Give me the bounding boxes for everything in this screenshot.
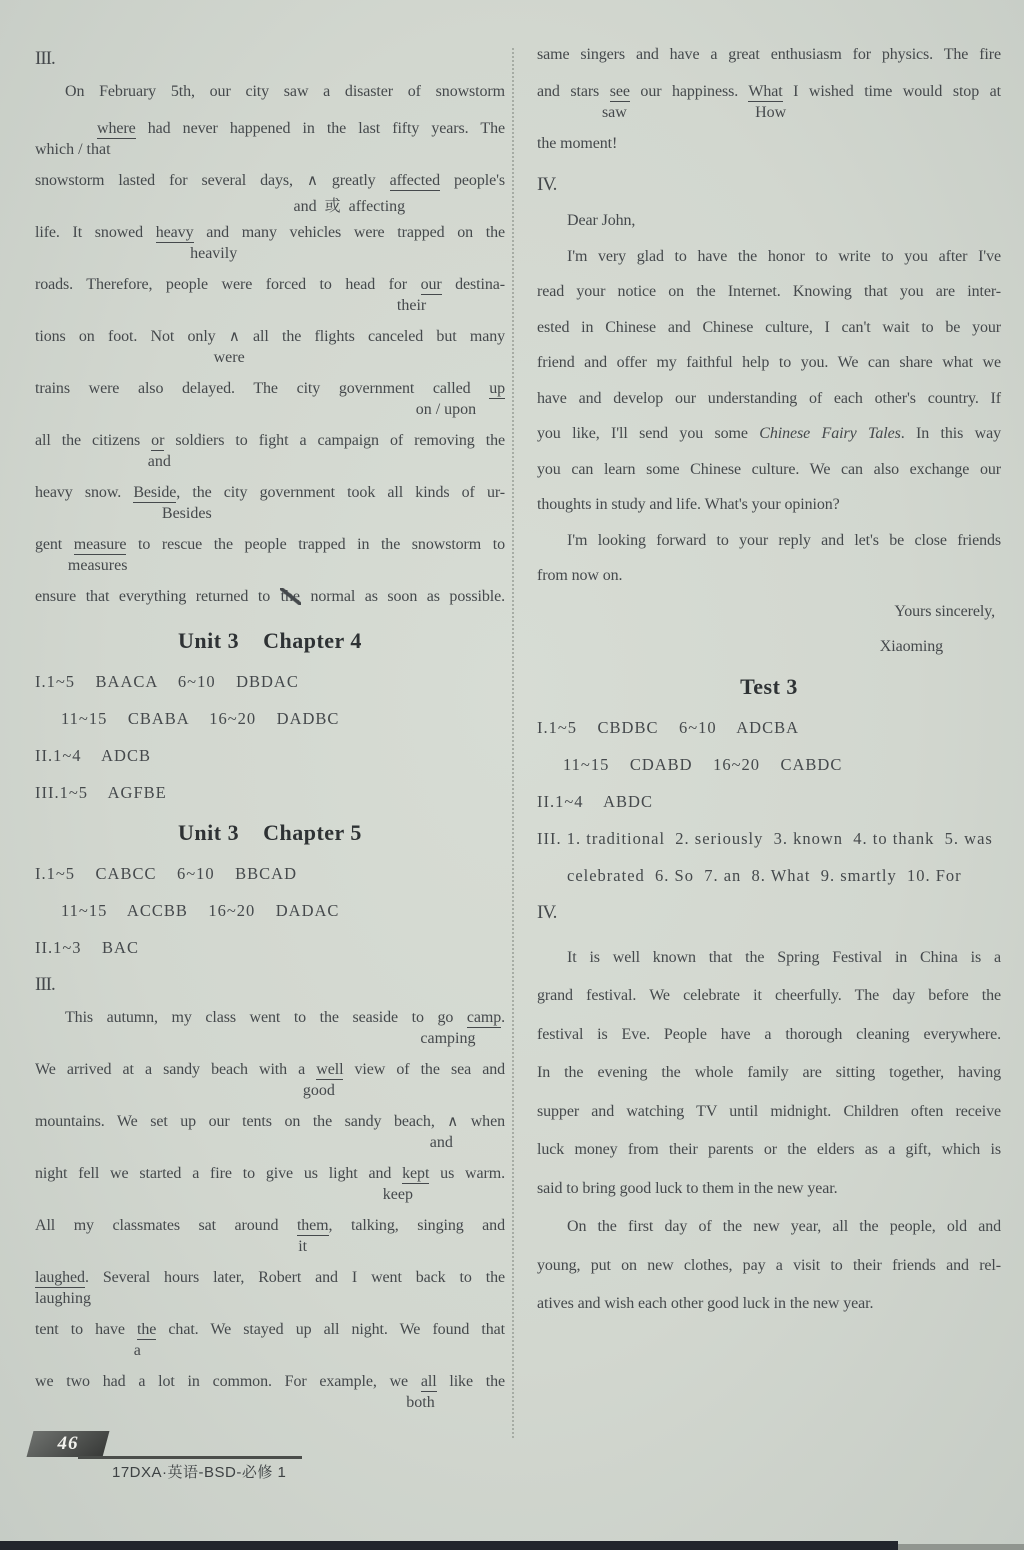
line-block: snowstorm lasted for several days, ∧ gre… bbox=[35, 166, 505, 218]
line-block: On the first day of the new year, all th… bbox=[537, 1208, 1001, 1247]
text-line: mountains. We set up our tents on the sa… bbox=[35, 1107, 505, 1136]
text-line: you can learn some Chinese culture. We c… bbox=[537, 452, 1001, 488]
line-block: I'm very glad to have the honor to write… bbox=[537, 239, 1001, 275]
correction-line: and 或 affecting bbox=[35, 195, 505, 218]
text-span: and many vehicles were trapped on the bbox=[194, 224, 505, 241]
text-span: Yours sincerely, bbox=[894, 603, 995, 620]
line-block: festival is Eve. People have a thorough … bbox=[537, 1016, 1001, 1055]
text-line: supper and watching TV until midnight. C… bbox=[537, 1093, 1001, 1132]
text-span: snowstorm lasted for several days, bbox=[35, 172, 307, 189]
line-block: where had never happened in the last fif… bbox=[35, 114, 505, 166]
error-word-underlined: affected bbox=[390, 172, 440, 191]
text-span: grand festival. We celebrate it cheerful… bbox=[537, 987, 1001, 1004]
correction-word: were bbox=[214, 349, 245, 367]
line-block: we two had a lot in common. For example,… bbox=[35, 1367, 505, 1419]
text-line: read your notice on the Internet. Knowin… bbox=[537, 274, 1001, 310]
text-line: we two had a lot in common. For example,… bbox=[35, 1367, 505, 1396]
text-span: On the first day of the new year, all th… bbox=[567, 1218, 1001, 1235]
section-heading: Unit 3 Chapter 5 bbox=[35, 811, 505, 855]
text-span: I wished time would stop at bbox=[783, 83, 1001, 100]
line-block: In the evening the whole family are sitt… bbox=[537, 1054, 1001, 1093]
correction-word: their bbox=[397, 297, 426, 315]
error-word-underlined: see bbox=[610, 83, 630, 102]
text-span: all the flights canceled but many bbox=[240, 328, 505, 345]
text-line: all the citizens or soldiers to fight a … bbox=[35, 426, 505, 455]
error-word-underlined: kept bbox=[402, 1165, 429, 1184]
line-block: gent measure to rescue the people trappe… bbox=[35, 530, 505, 582]
scanned-page: III.On February 5th, our city saw a disa… bbox=[0, 0, 1024, 1550]
text-span: We arrived at a sandy beach with a bbox=[35, 1061, 316, 1078]
line-block: ested in Chinese and Chinese culture, I … bbox=[537, 310, 1001, 346]
text-line: ested in Chinese and Chinese culture, I … bbox=[537, 310, 1001, 346]
text-line: the moment! bbox=[537, 129, 1001, 158]
text-span: atives and wish each other good luck in … bbox=[537, 1295, 873, 1312]
error-word-underlined: or bbox=[151, 432, 164, 451]
error-word-underlined: laughed bbox=[35, 1269, 85, 1288]
text-span: thoughts in study and life. What's your … bbox=[537, 496, 840, 513]
line-block: from now on. bbox=[537, 558, 1001, 594]
text-line: Xiaoming bbox=[537, 629, 1001, 665]
correction-word: it bbox=[298, 1238, 307, 1256]
text-line: I'm looking forward to your reply and le… bbox=[537, 523, 1001, 559]
answer-line: I.1~5 BAACA 6~10 DBDAC bbox=[35, 663, 505, 700]
text-line: Dear John, bbox=[537, 203, 1001, 239]
correction-line: measures bbox=[35, 559, 505, 582]
correction-line: it bbox=[35, 1240, 505, 1263]
correction-word: camping bbox=[420, 1030, 475, 1048]
text-line: Yours sincerely, bbox=[537, 594, 1001, 630]
text-span: said to bring good luck to them in the n… bbox=[537, 1180, 837, 1197]
text-line: It is well known that the Spring Festiva… bbox=[537, 939, 1001, 978]
answer-line: III. 1. traditional 2. seriously 3. know… bbox=[537, 820, 1001, 857]
text-line: In the evening the whole family are sitt… bbox=[537, 1054, 1001, 1093]
text-span: you like, I'll send you some bbox=[537, 425, 759, 442]
answer-line: I.1~5 CABCC 6~10 BBCAD bbox=[35, 855, 505, 892]
line-block: laughed. Several hours later, Robert and… bbox=[35, 1263, 505, 1315]
line-block: luck money from their parents or the eld… bbox=[537, 1131, 1001, 1170]
correction-line: a bbox=[35, 1344, 505, 1367]
text-span: us warm. bbox=[429, 1165, 505, 1182]
correction-word: measures bbox=[68, 557, 128, 575]
line-block: said to bring good luck to them in the n… bbox=[537, 1170, 1001, 1209]
line-block: night fell we started a fire to give us … bbox=[35, 1159, 505, 1211]
correction-line: good bbox=[35, 1084, 505, 1107]
text-line: gent measure to rescue the people trappe… bbox=[35, 530, 505, 559]
line-block: Dear John, bbox=[537, 203, 1001, 239]
section-heading: Unit 3 Chapter 4 bbox=[35, 619, 505, 663]
text-line: friend and offer my faithful help to you… bbox=[537, 345, 1001, 381]
error-word-underlined: where bbox=[97, 120, 136, 139]
text-span: normal as soon as possible. bbox=[301, 588, 505, 605]
text-line: This autumn, my class went to the seasid… bbox=[35, 1003, 505, 1032]
text-line: tions on foot. Not only ∧ all the flight… bbox=[35, 322, 505, 351]
text-line: On February 5th, our city saw a disaster… bbox=[35, 77, 505, 106]
correction-line: on / upon bbox=[35, 403, 505, 426]
line-block: and stars see our happiness. What I wish… bbox=[537, 77, 1001, 129]
text-line: We arrived at a sandy beach with a well … bbox=[35, 1055, 505, 1084]
text-span: destina- bbox=[442, 276, 505, 293]
line-block: All my classmates sat around them, talki… bbox=[35, 1211, 505, 1263]
answer-line: III.1~5 AGFBE bbox=[35, 774, 505, 811]
line-block: have and develop our understanding of ea… bbox=[537, 381, 1001, 417]
text-span: like the bbox=[437, 1373, 505, 1390]
text-span: the moment! bbox=[537, 135, 617, 152]
text-span: young, put on new clothes, pay a visit t… bbox=[537, 1257, 1001, 1274]
text-span: , the city government took all kinds of … bbox=[176, 484, 505, 501]
line-block: We arrived at a sandy beach with a well … bbox=[35, 1055, 505, 1107]
text-line: I'm very glad to have the honor to write… bbox=[537, 239, 1001, 275]
error-word-underlined: measure bbox=[74, 536, 127, 555]
text-span: . bbox=[501, 1009, 505, 1026]
text-span: Dear John, bbox=[567, 212, 635, 229]
correction-line: sawHow bbox=[537, 106, 1001, 129]
page-number: 46 bbox=[30, 1431, 106, 1457]
line-block: young, put on new clothes, pay a visit t… bbox=[537, 1247, 1001, 1286]
text-span: luck money from their parents or the eld… bbox=[537, 1141, 1001, 1158]
correction-word: which / that bbox=[35, 141, 111, 159]
section-numeral: III. bbox=[35, 40, 505, 77]
text-span: . Several hours later, Robert and I went… bbox=[85, 1269, 505, 1286]
text-span: night fell we started a fire to give us … bbox=[35, 1165, 402, 1182]
text-span: read your notice on the Internet. Knowin… bbox=[537, 283, 1001, 300]
line-block: Xiaoming bbox=[537, 629, 1001, 665]
line-block: same singers and have a great enthusiasm… bbox=[537, 40, 1001, 69]
text-span: have and develop our understanding of ea… bbox=[537, 390, 1001, 407]
line-block: grand festival. We celebrate it cheerful… bbox=[537, 977, 1001, 1016]
correction-word: and bbox=[148, 453, 171, 471]
text-span: ested in Chinese and Chinese culture, I … bbox=[537, 319, 1001, 336]
answer-block: I.1~5 CBDBC 6~10 ADCBA11~15 CDABD 16~20 … bbox=[537, 709, 1001, 894]
text-span: tions on foot. Not only bbox=[35, 328, 229, 345]
text-span: I'm looking forward to your reply and le… bbox=[567, 532, 1001, 549]
text-span: had never happened in the last fifty yea… bbox=[136, 120, 505, 137]
text-span: I'm very glad to have the honor to write… bbox=[567, 248, 1001, 265]
error-word-underlined: Beside bbox=[133, 484, 176, 503]
answer-line: 11~15 CDABD 16~20 CABDC bbox=[537, 746, 1001, 783]
text-span: roads. Therefore, people were forced to … bbox=[35, 276, 421, 293]
text-span: all the citizens bbox=[35, 432, 151, 449]
text-span: our happiness. bbox=[630, 83, 748, 100]
line-block: life. It snowed heavy and many vehicles … bbox=[35, 218, 505, 270]
line-block: trains were also delayed. The city gover… bbox=[35, 374, 505, 426]
text-line: life. It snowed heavy and many vehicles … bbox=[35, 218, 505, 247]
left-column: III.On February 5th, our city saw a disa… bbox=[35, 40, 505, 1419]
page-number-badge: 46 bbox=[27, 1431, 110, 1457]
correction-line: camping bbox=[35, 1032, 505, 1055]
text-span: tent to have bbox=[35, 1321, 137, 1338]
text-line: night fell we started a fire to give us … bbox=[35, 1159, 505, 1188]
text-span: , talking, singing and bbox=[329, 1217, 505, 1234]
answer-line: I.1~5 CBDBC 6~10 ADCBA bbox=[537, 709, 1001, 746]
text-line: thoughts in study and life. What's your … bbox=[537, 487, 1001, 523]
line-block: mountains. We set up our tents on the sa… bbox=[35, 1107, 505, 1159]
text-span: . In this way bbox=[901, 425, 1001, 442]
text-span: we two had a lot in common. For example,… bbox=[35, 1373, 421, 1390]
footer-imprint: 17DXA·英语-BSD-必修 1 bbox=[112, 1461, 286, 1482]
line-block: On February 5th, our city saw a disaster… bbox=[35, 77, 505, 106]
answer-line: II.1~3 BAC bbox=[35, 929, 505, 966]
line-block: heavy snow. Beside, the city government … bbox=[35, 478, 505, 530]
line-block: roads. Therefore, people were forced to … bbox=[35, 270, 505, 322]
text-span: ensure that everything returned to bbox=[35, 588, 280, 605]
line-block: you like, I'll send you some Chinese Fai… bbox=[537, 416, 1001, 452]
text-span: view of the sea and bbox=[343, 1061, 505, 1078]
error-word-underlined: heavy bbox=[156, 224, 194, 243]
correction-line: both bbox=[35, 1396, 505, 1419]
insertion-caret-mark: ∧ bbox=[229, 327, 240, 345]
error-word-underlined: What bbox=[748, 83, 782, 102]
line-block: read your notice on the Internet. Knowin… bbox=[537, 274, 1001, 310]
line-block: you can learn some Chinese culture. We c… bbox=[537, 452, 1001, 488]
text-line: young, put on new clothes, pay a visit t… bbox=[537, 1247, 1001, 1286]
correction-word: good bbox=[303, 1082, 335, 1100]
line-block: tent to have the chat. We stayed up all … bbox=[35, 1315, 505, 1367]
text-line: have and develop our understanding of ea… bbox=[537, 381, 1001, 417]
correction-line: were bbox=[35, 351, 505, 374]
text-span: gent bbox=[35, 536, 74, 553]
column-divider bbox=[512, 48, 514, 1438]
text-line: All my classmates sat around them, talki… bbox=[35, 1211, 505, 1240]
answer-line: celebrated 6. So 7. an 8. What 9. smartl… bbox=[537, 857, 1001, 894]
correction-word: heavily bbox=[190, 245, 237, 263]
line-block: friend and offer my faithful help to you… bbox=[537, 345, 1001, 381]
text-span: from now on. bbox=[537, 567, 622, 584]
text-line: where had never happened in the last fif… bbox=[35, 114, 505, 143]
correction-word: Besides bbox=[162, 505, 212, 523]
text-span: Xiaoming bbox=[880, 638, 943, 655]
correction-word: and bbox=[430, 1134, 453, 1152]
error-word-underlined: all bbox=[421, 1373, 437, 1392]
text-span: same singers and have a great enthusiasm… bbox=[537, 46, 1001, 63]
correction-line: Besides bbox=[35, 507, 505, 530]
correction-line: their bbox=[35, 299, 505, 322]
correction-word: keep bbox=[383, 1186, 413, 1204]
text-span: All my classmates sat around bbox=[35, 1217, 297, 1234]
text-line: roads. Therefore, people were forced to … bbox=[35, 270, 505, 299]
text-line: same singers and have a great enthusiasm… bbox=[537, 40, 1001, 69]
text-line: said to bring good luck to them in the n… bbox=[537, 1170, 1001, 1209]
footer-rule bbox=[78, 1456, 302, 1459]
section-numeral: IV. bbox=[537, 894, 1001, 931]
error-word-underlined: camp bbox=[467, 1009, 501, 1028]
text-line: laughed. Several hours later, Robert and… bbox=[35, 1263, 505, 1292]
correction-word: both bbox=[406, 1394, 434, 1412]
text-span: mountains. We set up our tents on the sa… bbox=[35, 1113, 447, 1130]
text-span: greatly bbox=[318, 172, 390, 189]
error-word-underlined: up bbox=[489, 380, 505, 399]
answer-line: 11~15 ACCBB 16~20 DADAC bbox=[35, 892, 505, 929]
text-span: friend and offer my faithful help to you… bbox=[537, 354, 1001, 371]
line-block: thoughts in study and life. What's your … bbox=[537, 487, 1001, 523]
deleted-word: the bbox=[280, 588, 301, 605]
text-span: when bbox=[458, 1113, 505, 1130]
line-block: I'm looking forward to your reply and le… bbox=[537, 523, 1001, 559]
text-span: and stars bbox=[537, 83, 610, 100]
text-span: people's bbox=[440, 172, 505, 189]
line-block: ensure that everything returned to the n… bbox=[35, 582, 505, 611]
text-span: chat. We stayed up all night. We found t… bbox=[156, 1321, 505, 1338]
correction-word: How bbox=[755, 104, 786, 122]
answer-line: II.1~4 ABDC bbox=[537, 783, 1001, 820]
line-block: tions on foot. Not only ∧ all the flight… bbox=[35, 322, 505, 374]
correction-passage: This autumn, my class went to the seasid… bbox=[35, 1003, 505, 1419]
error-word-underlined: well bbox=[316, 1061, 343, 1080]
error-word-underlined: them bbox=[297, 1217, 329, 1236]
insertion-caret-mark: ∧ bbox=[307, 171, 318, 189]
text-span: trains were also delayed. The city gover… bbox=[35, 380, 489, 397]
text-line: On the first day of the new year, all th… bbox=[537, 1208, 1001, 1247]
next-page-edge bbox=[0, 1541, 898, 1550]
correction-word: saw bbox=[602, 104, 627, 122]
italic-title: Chinese Fairy Tales bbox=[759, 425, 900, 442]
text-span: to rescue the people trapped in the snow… bbox=[126, 536, 505, 553]
text-line: you like, I'll send you some Chinese Fai… bbox=[537, 416, 1001, 452]
right-column: same singers and have a great enthusiasm… bbox=[537, 40, 1001, 1324]
line-block: This autumn, my class went to the seasid… bbox=[35, 1003, 505, 1055]
text-span: you can learn some Chinese culture. We c… bbox=[537, 461, 1001, 478]
correction-word: a bbox=[134, 1342, 141, 1360]
paragraph: Dear John,I'm very glad to have the hono… bbox=[537, 203, 1001, 665]
text-line: festival is Eve. People have a thorough … bbox=[537, 1016, 1001, 1055]
correction-line: laughing bbox=[35, 1292, 505, 1315]
correction-line: keep bbox=[35, 1188, 505, 1211]
line-block: supper and watching TV until midnight. C… bbox=[537, 1093, 1001, 1132]
answer-line: 11~15 CBABA 16~20 DADBC bbox=[35, 700, 505, 737]
text-line: luck money from their parents or the eld… bbox=[537, 1131, 1001, 1170]
text-span: In the evening the whole family are sitt… bbox=[537, 1064, 1001, 1081]
text-line: trains were also delayed. The city gover… bbox=[35, 374, 505, 403]
text-line: heavy snow. Beside, the city government … bbox=[35, 478, 505, 507]
correction-line: which / that bbox=[35, 143, 505, 166]
answer-block: I.1~5 BAACA 6~10 DBDAC11~15 CBABA 16~20 … bbox=[35, 663, 505, 811]
section-numeral: IV. bbox=[537, 166, 1001, 203]
correction-passage: On February 5th, our city saw a disaster… bbox=[35, 77, 505, 611]
line-block: atives and wish each other good luck in … bbox=[537, 1285, 1001, 1324]
line-block: Yours sincerely, bbox=[537, 594, 1001, 630]
insertion-caret-mark: ∧ bbox=[447, 1112, 458, 1130]
correction-word: on / upon bbox=[416, 401, 476, 419]
paragraph: It is well known that the Spring Festiva… bbox=[537, 939, 1001, 1324]
text-line: ensure that everything returned to the n… bbox=[35, 582, 505, 611]
correction-word: and 或 affecting bbox=[294, 193, 406, 216]
correction-word: laughing bbox=[35, 1290, 91, 1308]
text-span: This autumn, my class went to the seasid… bbox=[65, 1009, 467, 1026]
text-span: life. It snowed bbox=[35, 224, 156, 241]
text-span: festival is Eve. People have a thorough … bbox=[537, 1026, 1001, 1043]
line-block: all the citizens or soldiers to fight a … bbox=[35, 426, 505, 478]
text-line: grand festival. We celebrate it cheerful… bbox=[537, 977, 1001, 1016]
section-numeral: III. bbox=[35, 966, 505, 1003]
correction-line: and bbox=[35, 455, 505, 478]
answer-line: II.1~4 ADCB bbox=[35, 737, 505, 774]
text-line: snowstorm lasted for several days, ∧ gre… bbox=[35, 166, 505, 195]
text-span: On February 5th, our city saw a disaster… bbox=[65, 83, 505, 100]
line-block: the moment! bbox=[537, 129, 1001, 158]
text-line: tent to have the chat. We stayed up all … bbox=[35, 1315, 505, 1344]
text-span: supper and watching TV until midnight. C… bbox=[537, 1103, 1001, 1120]
text-line: from now on. bbox=[537, 558, 1001, 594]
text-line: and stars see our happiness. What I wish… bbox=[537, 77, 1001, 106]
line-block: It is well known that the Spring Festiva… bbox=[537, 939, 1001, 978]
correction-line: and bbox=[35, 1136, 505, 1159]
text-span: It is well known that the Spring Festiva… bbox=[567, 949, 1001, 966]
error-word-underlined: the bbox=[137, 1321, 156, 1340]
text-span: heavy snow. bbox=[35, 484, 133, 501]
text-line: atives and wish each other good luck in … bbox=[537, 1285, 1001, 1324]
answer-block: I.1~5 CABCC 6~10 BBCAD11~15 ACCBB 16~20 … bbox=[35, 855, 505, 966]
section-heading: Test 3 bbox=[537, 665, 1001, 709]
error-word-underlined: our bbox=[421, 276, 442, 295]
correction-passage: same singers and have a great enthusiasm… bbox=[537, 40, 1001, 158]
text-span: soldiers to fight a campaign of removing… bbox=[164, 432, 505, 449]
correction-line: heavily bbox=[35, 247, 505, 270]
